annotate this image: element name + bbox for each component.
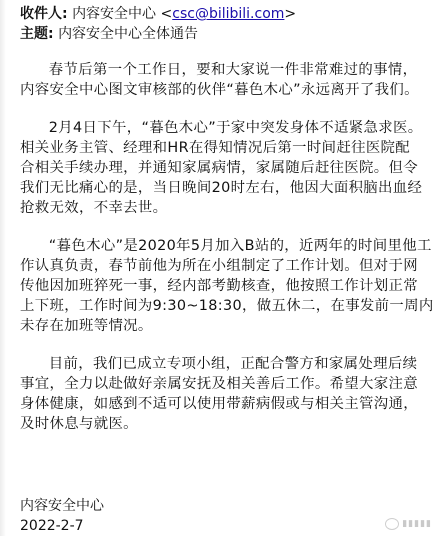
paragraph-line: 上下班，工作时间为9:30~18:30，做五休二，在事发前一周内	[20, 296, 430, 316]
email-header: 收件人: 内容安全中心 <csc@bilibili.com> 主题: 内容安全中…	[20, 4, 296, 44]
watermark-text: ▮▮▮▮▮	[402, 519, 432, 529]
paragraph-2: 2月4日下午，“暮色木心”于家中突发身体不适紧急求医。 相关业务主管、经理和HR…	[20, 118, 430, 218]
signature-org: 内容安全中心	[20, 496, 104, 516]
paragraph-3: “暮色木心”是2020年5月加入B站的，近两年的时间里他工 作认真负责，春节前他…	[20, 236, 430, 336]
weibo-logo-icon	[385, 518, 399, 530]
subject-text: 内容安全中心全体通告	[58, 26, 198, 42]
paragraph-line: 内容安全中心图文审核部的伙伴“暮色木心”永远离开了我们。	[20, 80, 430, 100]
paragraph-line: 目前，我们已成立专项小组，正配合警方和家属处理后续	[20, 354, 430, 374]
subject-label: 主题:	[20, 26, 54, 42]
paragraph-line: 相关业务主管、经理和HR在得知情况后第一时间赶往医院配	[20, 138, 430, 158]
paragraph-line: 我们无比痛心的是，当日晚间20时左右，他因大面积脑出血经	[20, 178, 430, 198]
paragraph-line: 及时休息与就医。	[20, 414, 430, 434]
paragraph-line: 事宜，全力以赴做好亲属安抚及相关善后工作。希望大家注意	[20, 374, 430, 394]
paragraph-line: 作认真负责，春节前他为所在小组制定了工作计划。但对于网	[20, 256, 430, 276]
recipient-email-link[interactable]: csc@bilibili.com	[172, 6, 284, 22]
paragraph-line: 身体健康，如感到不适可以使用带薪病假或与相关主管沟通，	[20, 394, 430, 414]
email-body: 春节后第一个工作日，要和大家说一件非常难过的事情， 内容安全中心图文审核部的伙伴…	[20, 60, 430, 452]
email-open-bracket: <	[161, 6, 173, 22]
weibo-watermark: ▮▮▮▮▮	[385, 518, 432, 530]
recipient-row: 收件人: 内容安全中心 <csc@bilibili.com>	[20, 4, 296, 24]
recipient-name: 内容安全中心	[72, 6, 156, 22]
signature-date: 2022-2-7	[20, 516, 104, 536]
paragraph-line: 春节后第一个工作日，要和大家说一件非常难过的事情，	[20, 60, 430, 80]
paragraph-line: 传他因加班猝死一事，经内部考勤核查，他按照工作计划正常	[20, 276, 430, 296]
paragraph-line: 合相关手续办理，并通知家属病情，家属随后赶往医院。但令	[20, 158, 430, 178]
subject-row: 主题: 内容安全中心全体通告	[20, 24, 296, 44]
scan-edge-shadow	[0, 0, 6, 536]
paragraph-line: 抢救无效，不幸去世。	[20, 198, 430, 218]
signature-block: 内容安全中心 2022-2-7	[20, 496, 104, 536]
paragraph-4: 目前，我们已成立专项小组，正配合警方和家属处理后续 事宜，全力以赴做好亲属安抚及…	[20, 354, 430, 434]
email-close-bracket: >	[284, 6, 296, 22]
paragraph-line: 2月4日下午，“暮色木心”于家中突发身体不适紧急求医。	[20, 118, 430, 138]
paragraph-line: 未存在加班等情况。	[20, 316, 430, 336]
paragraph-line: “暮色木心”是2020年5月加入B站的，近两年的时间里他工	[20, 236, 430, 256]
recipient-label: 收件人:	[20, 6, 68, 22]
paragraph-1: 春节后第一个工作日，要和大家说一件非常难过的事情， 内容安全中心图文审核部的伙伴…	[20, 60, 430, 100]
